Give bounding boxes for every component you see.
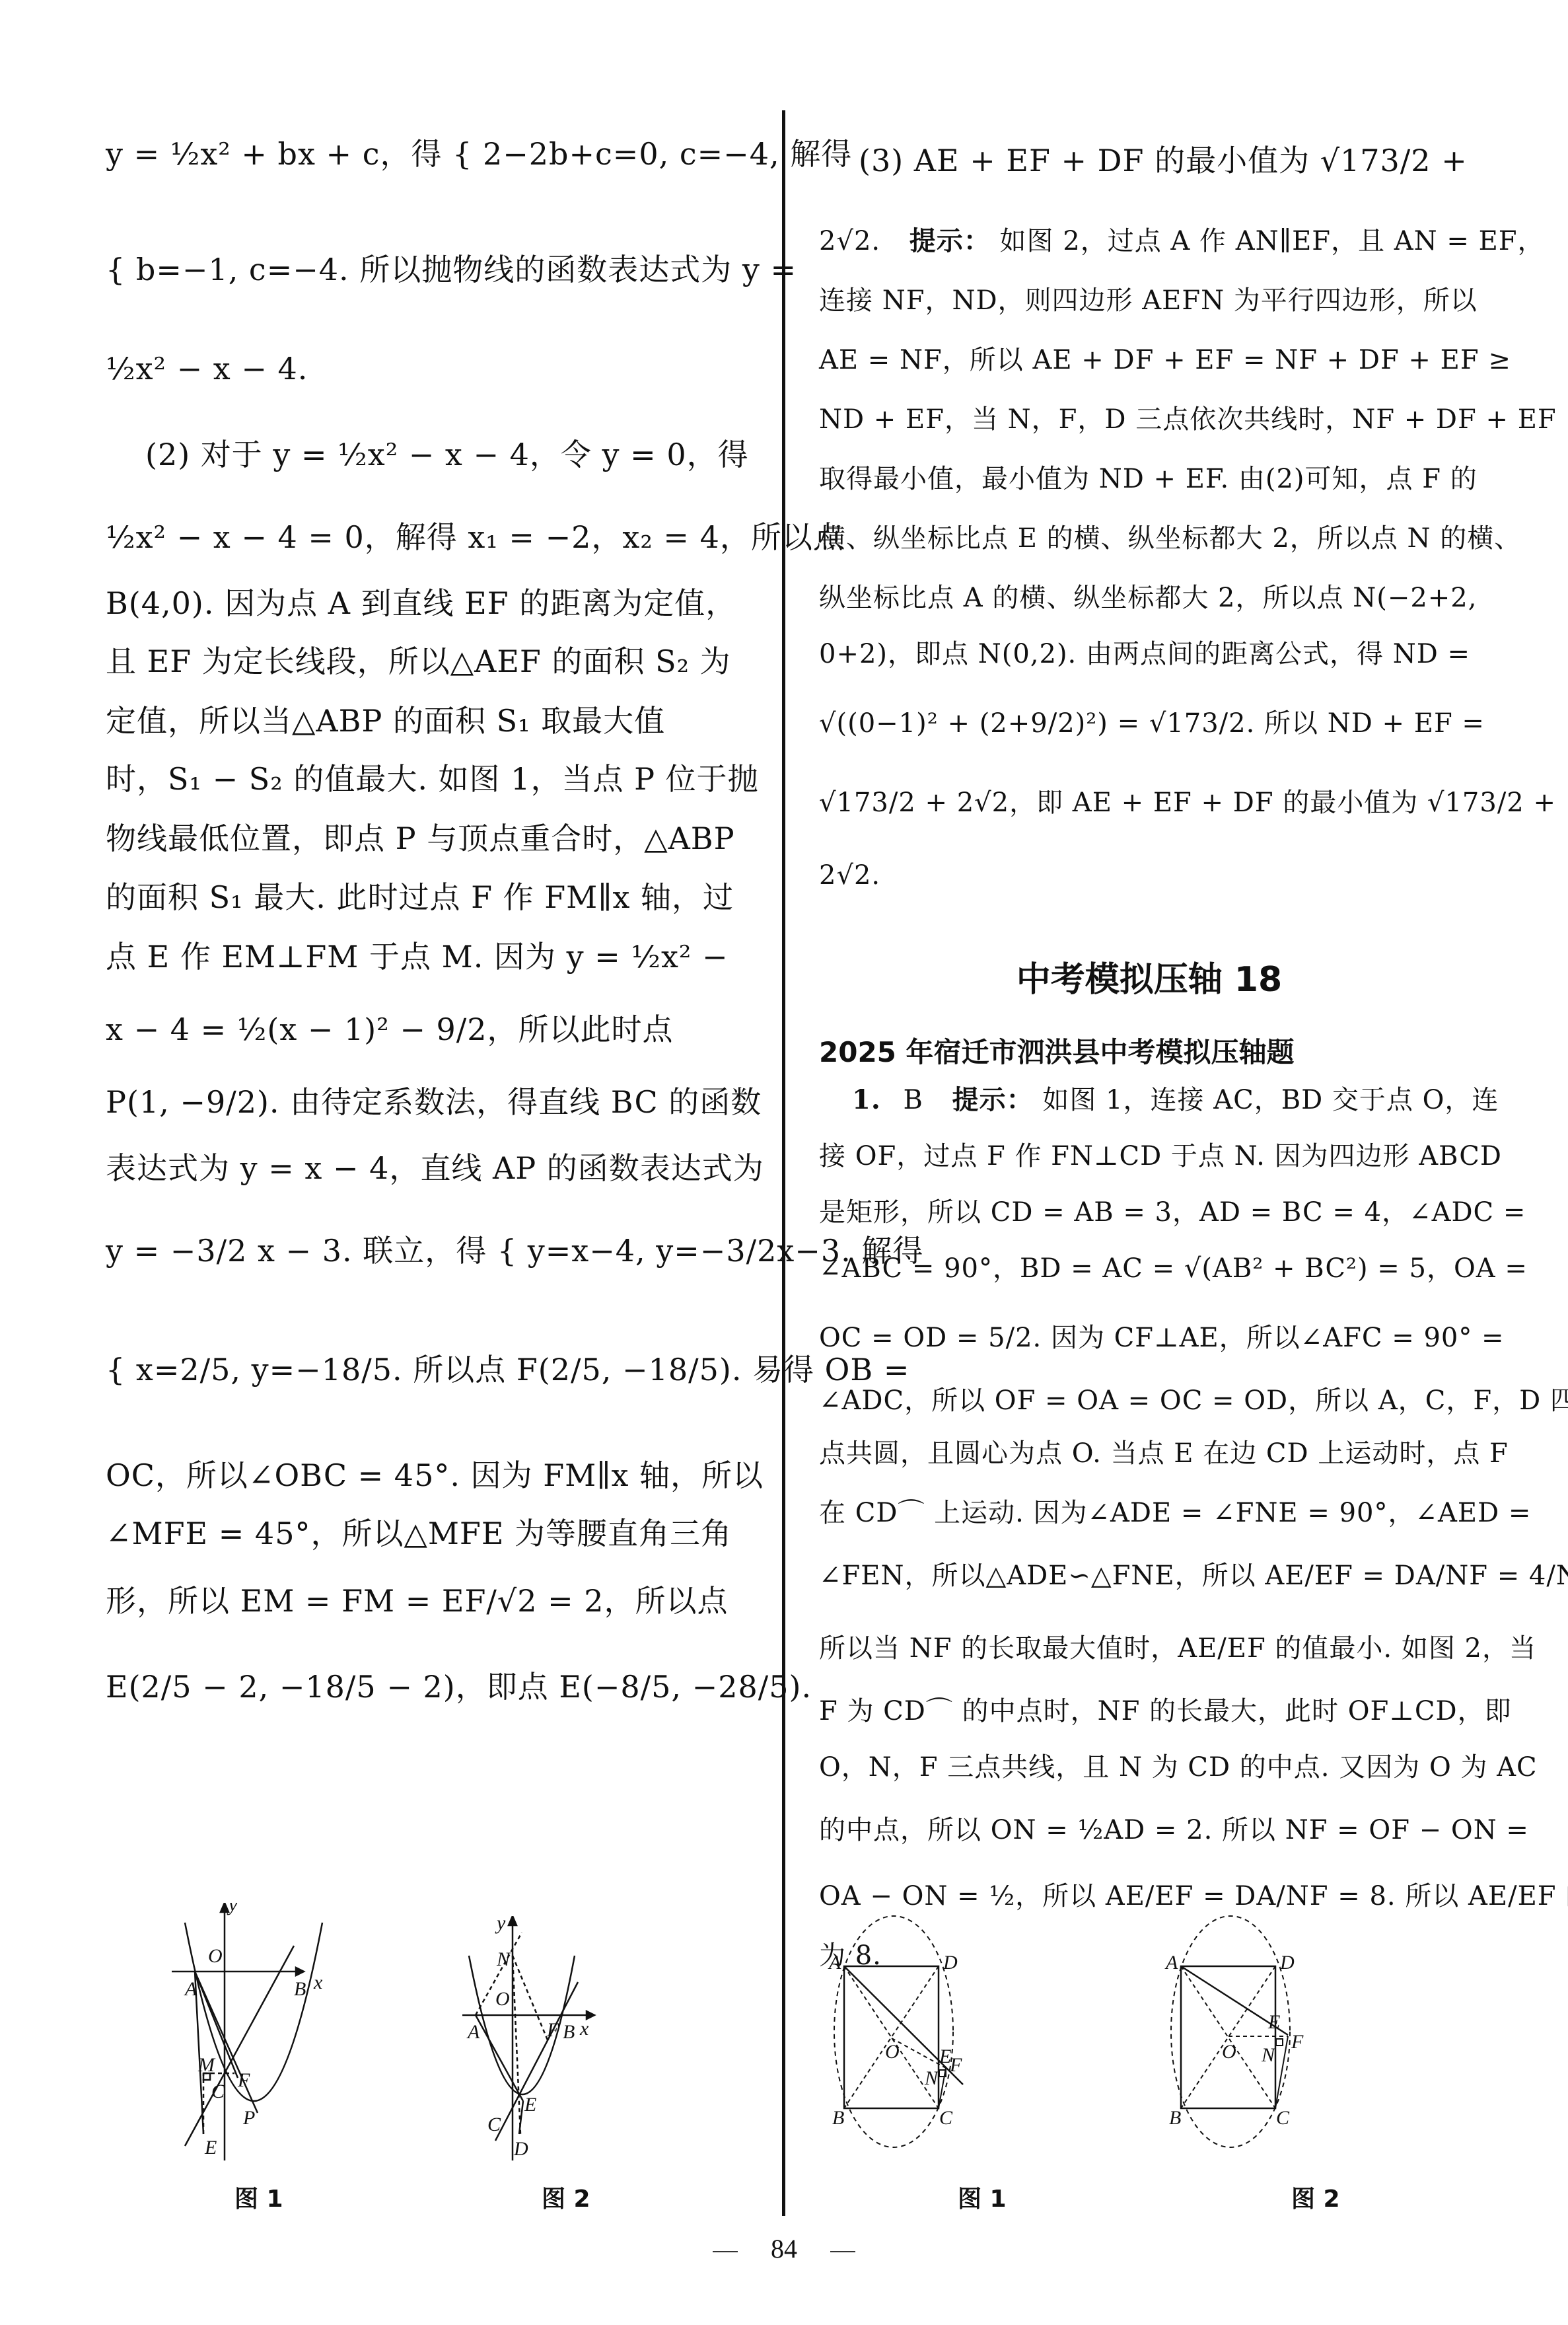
svg-text:y: y <box>495 1916 506 1934</box>
svg-text:C: C <box>1276 2107 1290 2129</box>
text-line: 纵坐标比点 A 的横、纵坐标都大 2，所以点 N(−2+2, <box>819 585 1479 611</box>
text-line: P(1, −9/2). 由待定系数法，得直线 BC 的函数 <box>106 1087 756 1117</box>
text-line: y = ½x² + bx + c，得 { 2−2b+c=0, c=−4, 解得 <box>106 139 756 169</box>
svg-text:N: N <box>496 1948 511 1970</box>
text-line: ND + EF，当 N，F，D 三点依次共线时，NF + DF + EF <box>819 406 1479 433</box>
svg-text:B: B <box>563 2021 575 2043</box>
text-line: √173/2 + 2√2，即 AE + EF + DF 的最小值为 √173/2… <box>819 790 1479 816</box>
svg-text:O: O <box>1222 2041 1236 2063</box>
svg-text:A: A <box>466 2021 480 2043</box>
page-number-dash-right <box>830 2251 855 2252</box>
svg-text:C: C <box>939 2107 953 2129</box>
text-line: 的面积 S₁ 最大. 此时过点 F 作 FM∥x 轴，过 <box>106 882 756 912</box>
text-line: 点共圆，且圆心为点 O. 当点 E 在边 CD 上运动时，点 F <box>819 1440 1479 1467</box>
text-line: ∠FEN，所以△ADE∽△FNE，所以 AE/EF = DA/NF = 4/NF… <box>819 1563 1479 1589</box>
text-line: 点 E 作 EM⊥FM 于点 M. 因为 y = ½x² − <box>106 941 756 972</box>
text-line: ½x² − x − 4 = 0，解得 x₁ = −2，x₂ = 4，所以点 <box>106 522 756 552</box>
question-number: 1. <box>852 1084 881 1115</box>
svg-text:F: F <box>1291 2031 1304 2053</box>
text-line: x − 4 = ½(x − 1)² − 9/2，所以此时点 <box>106 1014 756 1045</box>
text-line: 形，所以 EM = FM = EF/√2 = 2，所以点 <box>106 1586 756 1616</box>
text-line: O，N，F 三点共线，且 N 为 CD 的中点. 又因为 O 为 AC <box>819 1754 1479 1781</box>
text-line: OC，所以∠OBC = 45°. 因为 FM∥x 轴，所以 <box>106 1460 756 1491</box>
column-divider <box>782 110 785 2216</box>
svg-text:O: O <box>885 2041 900 2063</box>
svg-text:C: C <box>487 2114 501 2135</box>
svg-text:N: N <box>924 2067 939 2089</box>
text-line: ∠MFE = 45°，所以△MFE 为等腰直角三角 <box>106 1518 756 1549</box>
figure-caption: 图 2 <box>542 2180 590 2214</box>
text-line: OA − ON = ½，所以 AE/EF = DA/NF = 8. 所以 AE/… <box>819 1883 1479 1909</box>
text-line: ∠ADC，所以 OF = OA = OC = OD，所以 A，C，F，D 四 <box>819 1387 1479 1414</box>
svg-text:y: y <box>227 1903 238 1915</box>
svg-text:E: E <box>524 2094 536 2116</box>
question-1-line: 1. B 提示： 如图 1，连接 AC，BD 交于点 O，连 <box>852 1087 1479 1113</box>
svg-text:D: D <box>1279 1952 1295 1974</box>
svg-text:C: C <box>211 2081 225 2102</box>
text-line: 连接 NF，ND，则四边形 AEFN 为平行四边形，所以 <box>819 287 1479 314</box>
text-line: 的中点，所以 ON = ½AD = 2. 所以 NF = OF − ON = <box>819 1817 1479 1843</box>
figure-caption: 图 2 <box>1291 2180 1340 2214</box>
text-line: √((0−1)² + (2+9/2)²) = √173/2. 所以 ND + E… <box>819 710 1479 737</box>
text-line: 且 EF 为定长线段，所以△AEF 的面积 S₂ 为 <box>106 646 756 677</box>
svg-text:A: A <box>828 1952 841 1974</box>
text-line: 接 OF，过点 F 作 FN⊥CD 于点 N. 因为四边形 ABCD <box>819 1143 1479 1169</box>
text-line: y = −3/2 x − 3. 联立，得 { y=x−4, y=−3/2x−3.… <box>106 1236 756 1266</box>
svg-text:F: F <box>546 2019 559 2041</box>
text-line: 取得最小值，最小值为 ND + EF. 由(2)可知，点 F 的 <box>819 466 1479 492</box>
text-line: E(2/5 − 2, −18/5 − 2)，即点 E(−8/5, −28/5). <box>106 1672 756 1702</box>
svg-text:F: F <box>237 2069 250 2091</box>
figure-parabola-2: y N O A F B x E C D <box>462 1916 660 2167</box>
page-number: 84 <box>0 2233 1568 2264</box>
text-line: (3) AE + EF + DF 的最小值为 √173/2 + <box>859 145 1479 176</box>
svg-text:D: D <box>513 2138 528 2160</box>
section-title: 中考模拟压轴 18 <box>819 951 1479 1001</box>
hint-label: 提示： <box>952 1085 1034 1115</box>
text-line: F 为 CD⌒ 的中点时，NF 的长最大，此时 OF⊥CD，即 <box>819 1698 1479 1724</box>
text-line: OC = OD = 5/2. 因为 CF⊥AE，所以∠AFC = 90° = <box>819 1325 1479 1351</box>
text-line: 横、纵坐标比点 E 的横、纵坐标都大 2，所以点 N 的横、 <box>819 525 1479 552</box>
svg-text:B: B <box>294 1978 306 2000</box>
figure-caption: 图 1 <box>958 2180 1007 2214</box>
hint-label: 提示： <box>909 226 991 256</box>
text-line: 所以当 NF 的长取最大值时，AE/EF 的值最小. 如图 2，当 <box>819 1635 1479 1662</box>
figure-caption: 图 1 <box>234 2180 283 2214</box>
text-line: 在 CD⌒ 上运动. 因为∠ADE = ∠FNE = 90°，∠AED = <box>819 1500 1479 1526</box>
figure-rectangle-2: A D E F O N B C <box>1162 1909 1321 2167</box>
svg-text:O: O <box>495 1988 510 2010</box>
svg-text:D: D <box>943 1952 958 1974</box>
svg-text:E: E <box>1267 2011 1280 2033</box>
svg-text:F: F <box>949 2054 962 2076</box>
answer-choice: B <box>903 1085 923 1115</box>
svg-text:B: B <box>1169 2107 1181 2129</box>
figure-rectangle-1: A D O E F N B C <box>826 1909 984 2167</box>
page-number-value: 84 <box>771 2234 797 2264</box>
text-line: 表达式为 y = x − 4，直线 AP 的函数表达式为 <box>106 1153 756 1183</box>
svg-text:B: B <box>832 2107 844 2129</box>
text-line: 时，S₁ − S₂ 的值最大. 如图 1，当点 P 位于抛 <box>106 764 756 794</box>
text-line: 0+2)，即点 N(0,2). 由两点间的距离公式，得 ND = <box>819 641 1479 667</box>
text-line: ∠ABC = 90°，BD = AC = √(AB² + BC²) = 5，OA… <box>819 1255 1479 1282</box>
text-line: { x=2/5, y=−18/5. 所以点 F(2/5, −18/5). 易得 … <box>106 1354 756 1385</box>
svg-text:A: A <box>1164 1952 1178 1974</box>
hint-text: 如图 1，连接 AC，BD 交于点 O，连 <box>1042 1085 1499 1115</box>
text-line: 2√2. <box>819 862 1479 889</box>
exam-title: 2025 年宿迁市泗洪县中考模拟压轴题 <box>819 1031 1295 1070</box>
svg-text:E: E <box>204 2137 217 2159</box>
text-line: 定值，所以当△ABP 的面积 S₁ 取最大值 <box>106 706 756 736</box>
page-number-dash-left <box>713 2251 738 2252</box>
text-line: B(4,0). 因为点 A 到直线 EF 的距离为定值， <box>106 588 756 618</box>
text-line: AE = NF，所以 AE + DF + EF = NF + DF + EF ≥ <box>819 347 1479 373</box>
text-line: 是矩形，所以 CD = AB = 3，AD = BC = 4，∠ADC = <box>819 1199 1479 1226</box>
hint-text: 如图 2，过点 A 作 AN∥EF，且 AN = EF， <box>1000 226 1545 256</box>
svg-text:O: O <box>208 1945 223 1967</box>
text-line: 2√2. 提示： 如图 2，过点 A 作 AN∥EF，且 AN = EF， <box>819 228 1479 254</box>
text-line: ½x² − x − 4. <box>106 353 756 384</box>
answer-value: 2√2. <box>819 226 880 256</box>
figure-parabola-1: y O A B x M C F P E <box>172 1903 370 2167</box>
svg-text:x: x <box>579 2018 589 2040</box>
text-line: { b=−1, c=−4. 所以抛物线的函数表达式为 y = <box>106 254 756 285</box>
svg-text:M: M <box>197 2054 216 2076</box>
text-line: (2) 对于 y = ½x² − x − 4，令 y = 0，得 <box>145 439 756 470</box>
svg-text:P: P <box>242 2107 255 2129</box>
svg-text:N: N <box>1261 2044 1276 2066</box>
svg-text:x: x <box>313 1972 323 1993</box>
text-line: 物线最低位置，即点 P 与顶点重合时，△ABP <box>106 823 756 854</box>
svg-text:A: A <box>184 1978 197 2000</box>
